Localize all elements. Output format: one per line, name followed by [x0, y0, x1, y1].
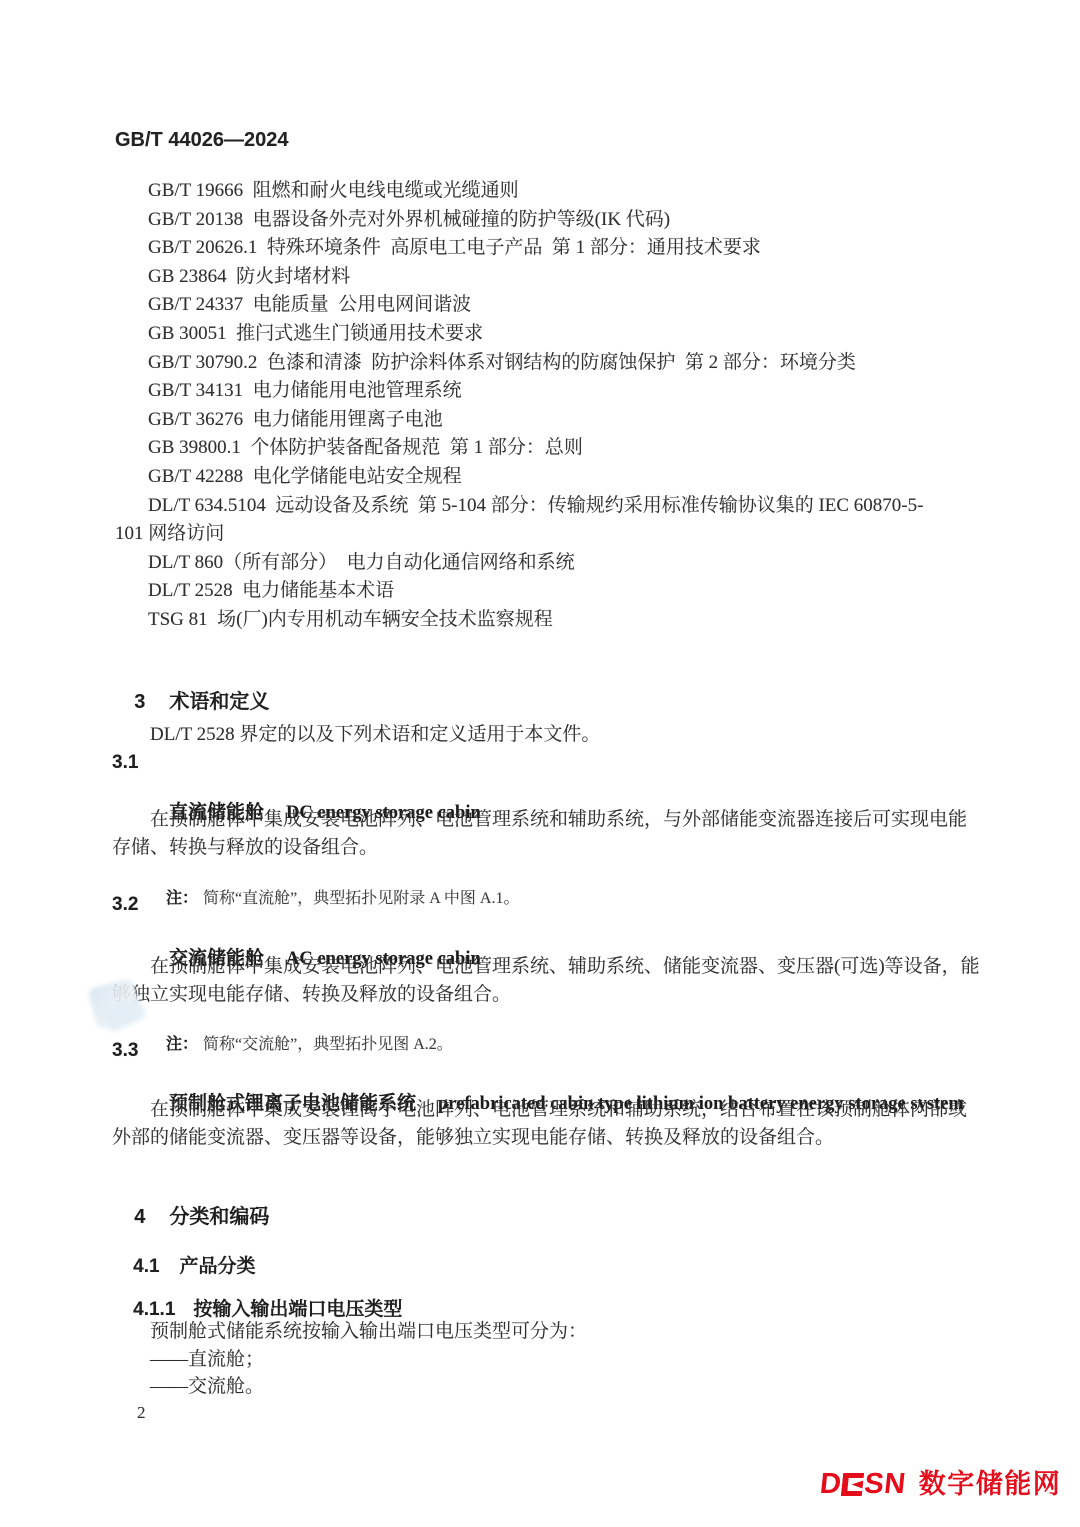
term-3-1-note: 注：简称“直流舱”，典型拓扑见附录 A 中图 A.1。 [150, 866, 519, 932]
desn-logo-letter-d: D [818, 1470, 843, 1499]
reference-line: GB/T 30790.2 色漆和清漆 防护涂料体系对钢结构的防腐蚀保护 第 2 … [0, 349, 1080, 378]
term-3-2-definition-line: 够独立实现电能存储、转换及释放的设备组合。 [112, 984, 511, 1006]
desn-logo-e-glyph [841, 1473, 864, 1496]
reference-line-continuation: 101 网络访问 [0, 520, 1080, 549]
section-3-number: 3 [134, 691, 145, 713]
section-3-title: 术语和定义 [169, 691, 269, 713]
desn-logo: D S N 数字储能网 [820, 1470, 1061, 1499]
desn-logo-wordmark: D S N [818, 1470, 907, 1499]
term-3-1-definition-line: 存储、转换与释放的设备组合。 [112, 837, 378, 859]
reference-line: GB 39800.1 个体防护装备配备规范 第 1 部分：总则 [0, 434, 1080, 463]
clause-3-3-number: 3.3 [112, 1040, 138, 1062]
term-3-2-definition-line: 在预制舱体中集成安装电池阵列、电池管理系统、辅助系统、储能变流器、变压器(可选)… [150, 956, 980, 978]
term-3-1-definition-line: 在预制舱体中集成安装电池阵列、电池管理系统和辅助系统，与外部储能变流器连接后可实… [150, 809, 967, 831]
classification-bullet: ——直流舱； [150, 1349, 264, 1371]
desn-logo-letter-n: N [883, 1470, 908, 1499]
section-4-1-1-title: 按输入输出端口电压类型 [193, 1299, 402, 1320]
term-3-3-definition-line: 外部的储能变流器、变压器等设备，能够独立实现电能存储、转换及释放的设备组合。 [112, 1127, 834, 1149]
term-3-3-definition-line: 在预制舱体中集成安装锂离子电池阵列、电池管理系统和辅助系统，结合布置在该预制舱体… [150, 1099, 967, 1121]
note-text: 简称“直流舱”，典型拓扑见附录 A 中图 A.1。 [203, 890, 519, 907]
note-text: 简称“交流舱”，典型拓扑见图 A.2。 [203, 1036, 453, 1053]
reference-line: GB/T 19666 阻燃和耐火电线电缆或光缆通则 [0, 177, 1080, 206]
section-4-number: 4 [134, 1206, 145, 1228]
reference-line: DL/T 2528 电力储能基本术语 [0, 577, 1080, 606]
term-3-2-note: 注：简称“交流舱”，典型拓扑见图 A.2。 [150, 1012, 453, 1078]
terms-intro-paragraph: DL/T 2528 界定的以及下列术语和定义适用于本文件。 [150, 724, 600, 746]
classification-paragraph: 预制舱式储能系统按输入输出端口电压类型可分为： [150, 1321, 587, 1343]
document-page: GB/T 44026—2024 GB/T 19666 阻燃和耐火电线电缆或光缆通… [0, 0, 1080, 1527]
reference-line: DL/T 860（所有部分） 电力自动化通信网络和系统 [0, 549, 1080, 578]
reference-line: GB/T 36276 电力储能用锂离子电池 [0, 406, 1080, 435]
reference-line: GB/T 34131 电力储能用电池管理系统 [0, 377, 1080, 406]
reference-line: DL/T 634.5104 远动设备及系统 第 5-104 部分：传输规约采用标… [0, 492, 1080, 521]
doc-number-header: GB/T 44026—2024 [115, 129, 288, 151]
page-number: 2 [137, 1402, 146, 1424]
note-label: 注： [166, 1036, 198, 1053]
clause-3-1-number: 3.1 [112, 752, 138, 774]
desn-logo-site-name: 数字储能网 [919, 1471, 1062, 1498]
reference-line: GB 30051 推闩式逃生门锁通用技术要求 [0, 320, 1080, 349]
section-4-1-number: 4.1 [133, 1256, 159, 1278]
section-4-1-1-number: 4.1.1 [133, 1299, 175, 1321]
clause-3-2-number: 3.2 [112, 894, 138, 916]
reference-line: GB/T 20138 电器设备外壳对外界机械碰撞的防护等级(IK 代码) [0, 206, 1080, 235]
reference-line: TSG 81 场(厂)内专用机动车辆安全技术监察规程 [0, 606, 1080, 635]
classification-bullet: ——交流舱。 [150, 1376, 264, 1398]
reference-line: GB 23864 防火封堵材料 [0, 263, 1080, 292]
section-4-title: 分类和编码 [169, 1206, 269, 1228]
reference-line: GB/T 42288 电化学储能电站安全规程 [0, 463, 1080, 492]
note-label: 注： [166, 890, 198, 907]
section-4-1-title: 产品分类 [180, 1256, 256, 1277]
reference-line: GB/T 24337 电能质量 公用电网间谐波 [0, 291, 1080, 320]
normative-references-list: GB/T 19666 阻燃和耐火电线电缆或光缆通则 GB/T 20138 电器设… [0, 177, 1080, 635]
reference-line: GB/T 20626.1 特殊环境条件 高原电工电子产品 第 1 部分：通用技术… [0, 234, 1080, 263]
